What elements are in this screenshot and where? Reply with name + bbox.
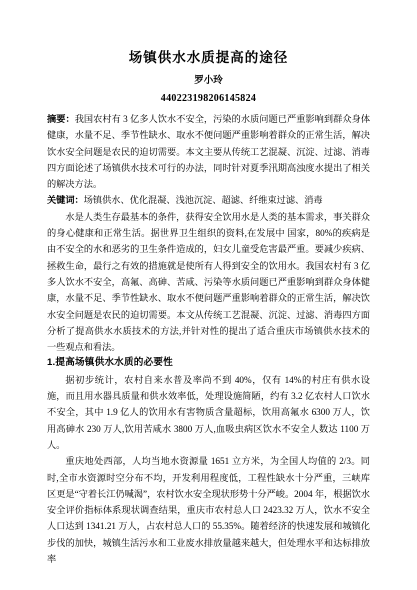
- intro-paragraph: 水是人类生存最基本的条件，获得安全饮用水是人类的基本需求，事关群众的身心健康和正…: [47, 209, 370, 356]
- keywords-text: 场镇供水、优化混凝、浅池沉淀、超滤、纤维束过滤、消毒: [84, 195, 323, 205]
- document-page: 场镇供水水质提高的途径 罗小玲 440223198206145824 摘要：我国…: [0, 0, 417, 590]
- keywords-paragraph: 关键词：场镇供水、优化混凝、浅池沉淀、超滤、纤维束过滤、消毒: [47, 192, 370, 208]
- keywords-label: 关键词：: [47, 195, 84, 205]
- section-1-paragraph-1: 据初步统计，农村自来水普及率尚不到 40%，仅有 14%的村庄有供水设施，而且用…: [47, 372, 370, 453]
- abstract-paragraph: 摘要：我国农村有 3 亿多人饮水不安全，污染的水质问题已严重影响到群众身体健康，…: [47, 111, 370, 192]
- section-1-paragraph-2: 重庆地处西部，人均当地水资源量 1651 立方米，为全国人均值的 2/3。同时,…: [47, 453, 370, 567]
- abstract-text: 我国农村有 3 亿多人饮水不安全，污染的水质问题已严重影响到群众身体健康，水量不…: [47, 114, 370, 189]
- author-id-number: 440223198206145824: [47, 92, 370, 105]
- document-title: 场镇供水水质提高的途径: [47, 49, 370, 66]
- abstract-label: 摘要：: [47, 114, 75, 124]
- section-1-heading: 1.提高场镇供水水质的必要性: [47, 355, 370, 371]
- document-body: 摘要：我国农村有 3 亿多人饮水不安全，污染的水质问题已严重影响到群众身体健康，…: [47, 111, 370, 567]
- author-name: 罗小玲: [47, 75, 370, 88]
